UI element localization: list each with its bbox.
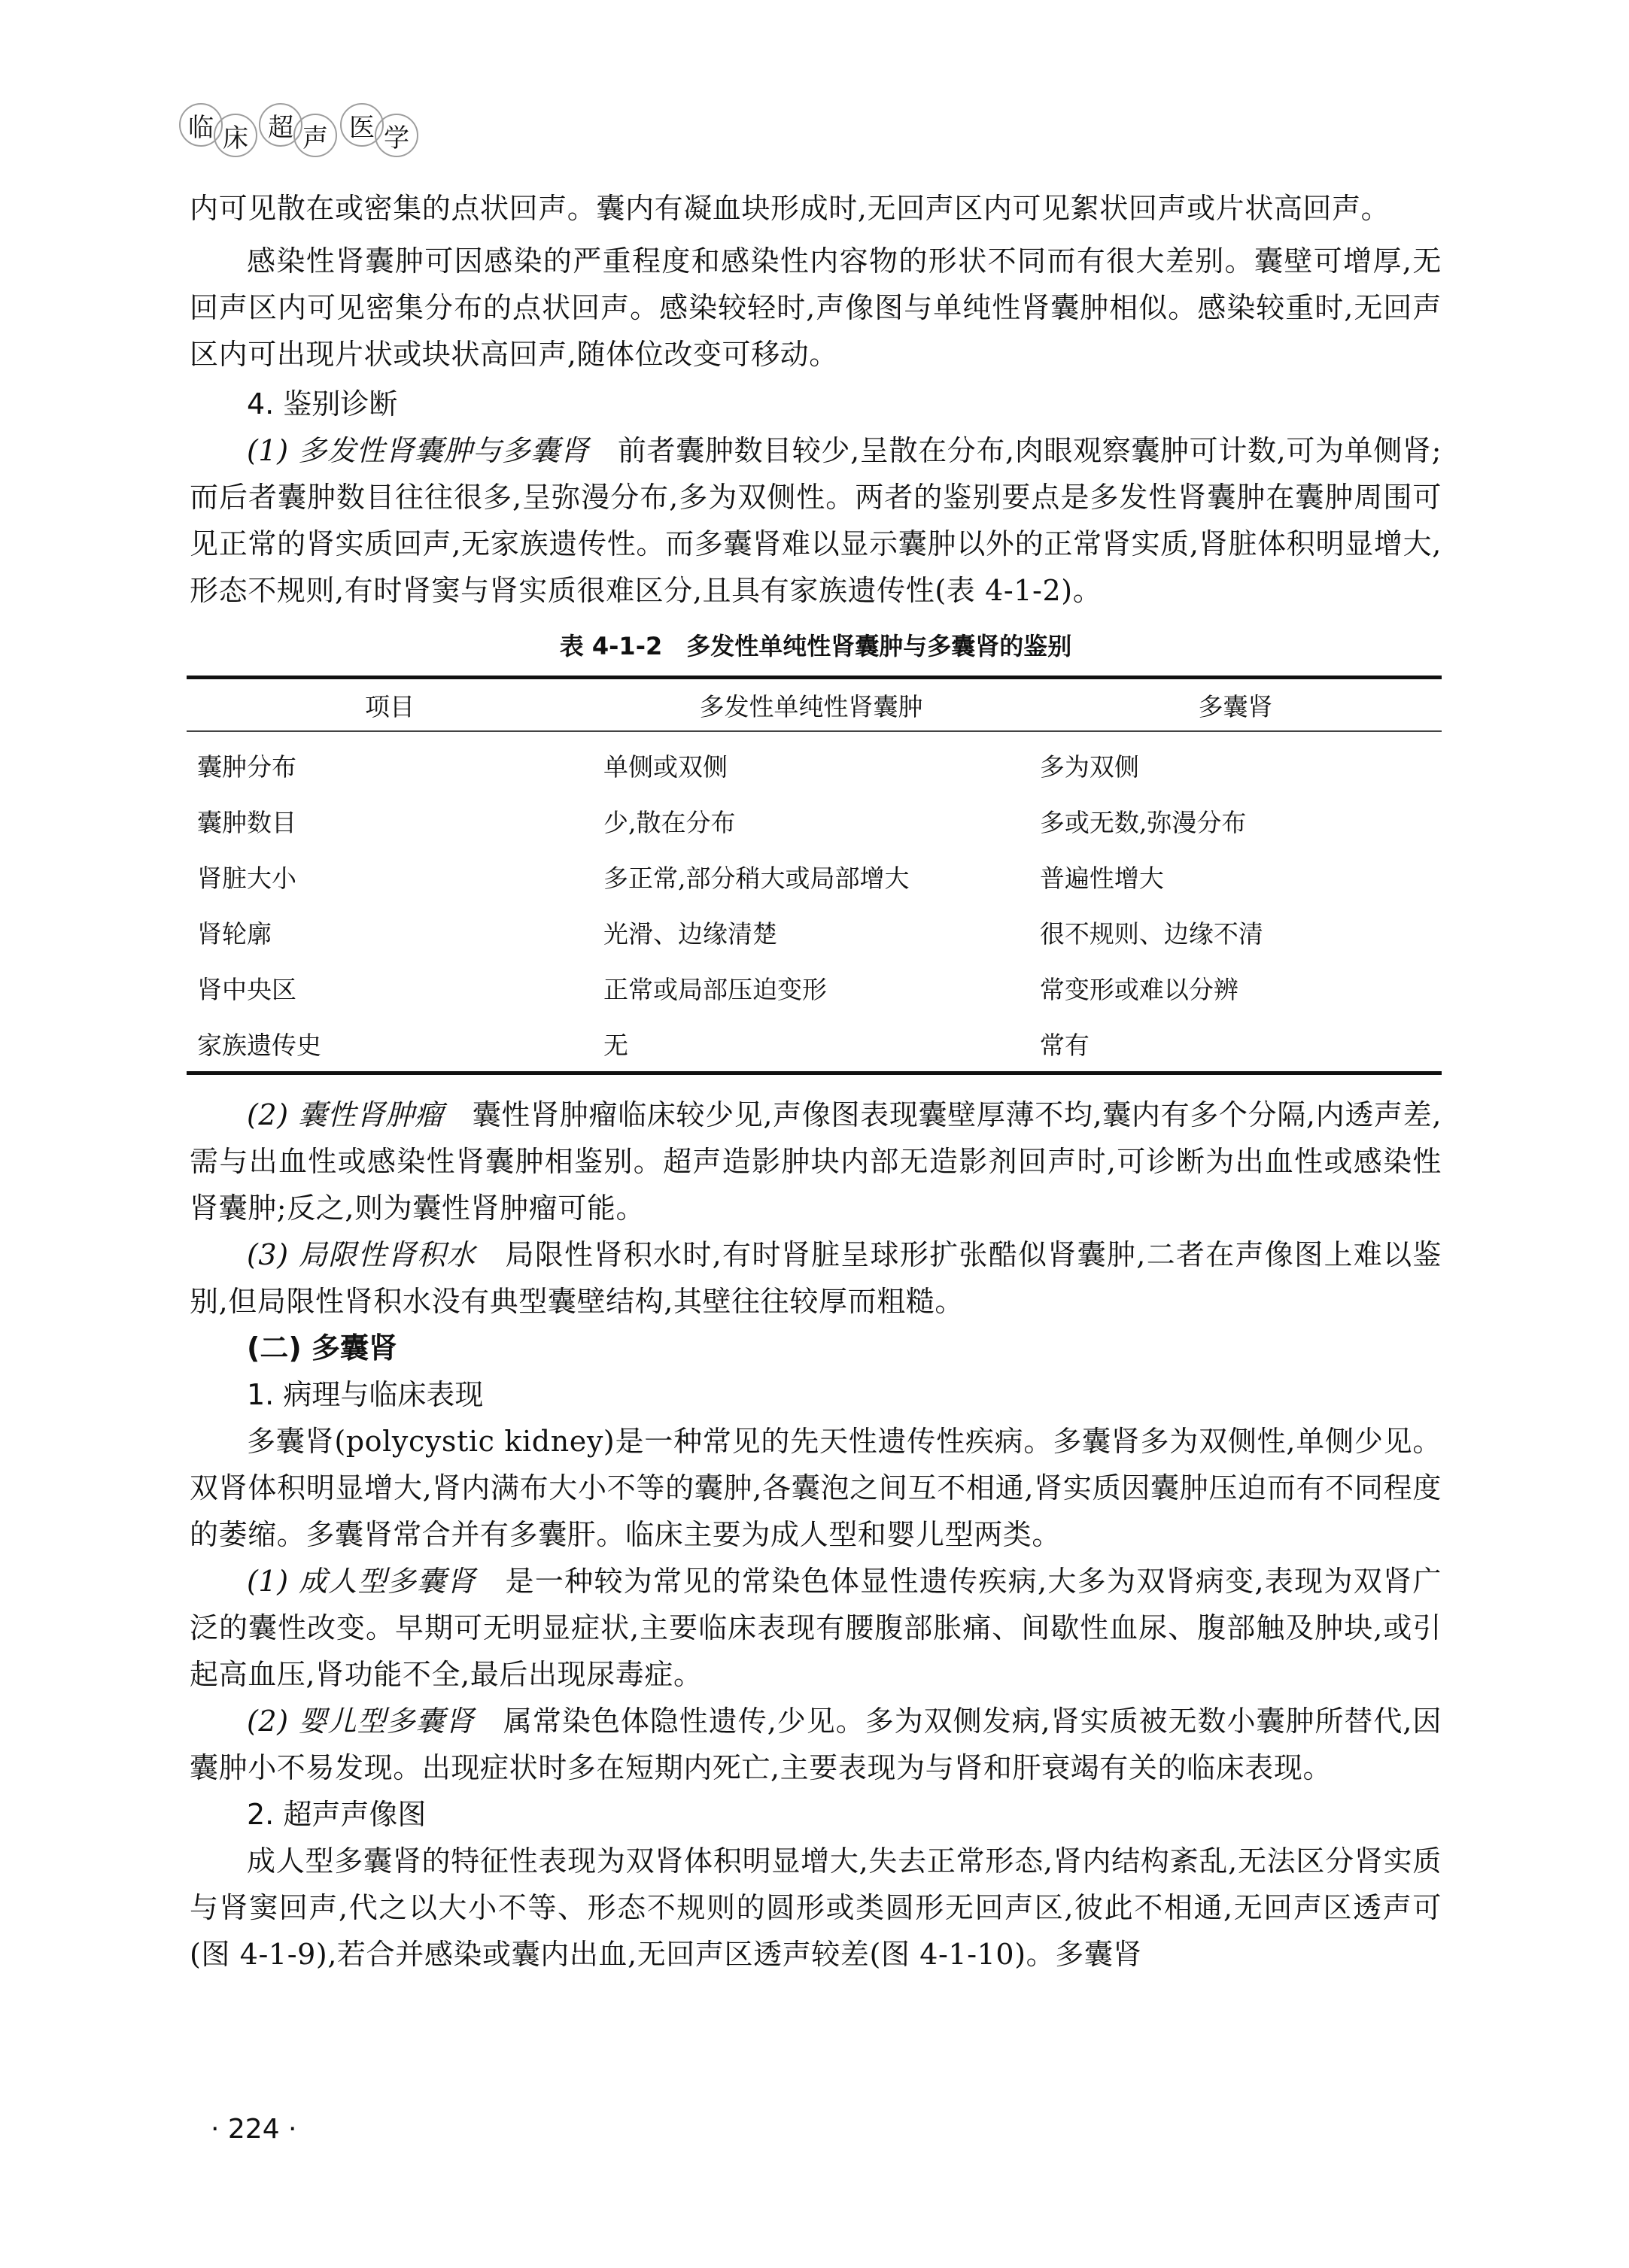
item-title: (2) 婴儿型多囊肾 [247, 1705, 475, 1738]
table-row: 肾轮廓 光滑、边缘清楚 很不规则、边缘不清 [187, 904, 1442, 960]
item-title: (2) 囊性肾肿瘤 [247, 1098, 444, 1131]
book-title-logo: 临 床 超 声 医 学 [179, 103, 480, 178]
table-header: 多发性单纯性肾囊肿 [593, 678, 1029, 732]
paragraph: 感染性肾囊肿可因感染的严重程度和感染性内容物的形状不同而有很大差别。囊壁可增厚,… [190, 238, 1442, 378]
item-title: (1) 多发性肾囊肿与多囊肾 [247, 434, 589, 467]
table-cell: 家族遗传史 [187, 1016, 593, 1073]
item-title: (1) 成人型多囊肾 [247, 1565, 476, 1598]
paragraph: 多囊肾(polycystic kidney)是一种常见的先天性遗传性疾病。多囊肾… [190, 1418, 1442, 1558]
table-cell: 囊肿数目 [187, 793, 593, 849]
table-header: 多囊肾 [1029, 678, 1442, 732]
table-cell: 肾中央区 [187, 960, 593, 1016]
subsection-heading: 1. 病理与临床表现 [190, 1371, 1442, 1418]
paragraph: (1) 多发性肾囊肿与多囊肾前者囊肿数目较少,呈散在分布,肉眼观察囊肿可计数,可… [190, 427, 1442, 614]
table-header-row: 项目 多发性单纯性肾囊肿 多囊肾 [187, 678, 1442, 732]
item-title: (3) 局限性肾积水 [247, 1238, 476, 1271]
table-cell: 常有 [1029, 1016, 1442, 1073]
table-row: 肾脏大小 多正常,部分稍大或局部增大 普遍性增大 [187, 849, 1442, 904]
table-cell: 正常或局部压迫变形 [593, 960, 1029, 1016]
table-cell: 肾脏大小 [187, 849, 593, 904]
table-cell: 多或无数,弥漫分布 [1029, 793, 1442, 849]
table-cell: 少,散在分布 [593, 793, 1029, 849]
paragraph: (3) 局限性肾积水局限性肾积水时,有时肾脏呈球形扩张酷似肾囊肿,二者在声像图上… [190, 1231, 1442, 1325]
paragraph: 内可见散在或密集的点状回声。囊内有凝血块形成时,无回声区内可见絮状回声或片状高回… [190, 185, 1442, 232]
section-heading: (二) 多囊肾 [190, 1325, 1442, 1371]
logo-char-circle: 声 [293, 114, 337, 157]
table-cell: 囊肿分布 [187, 731, 593, 793]
table-row: 家族遗传史 无 常有 [187, 1016, 1442, 1073]
table-cell: 常变形或难以分辨 [1029, 960, 1442, 1016]
table-row: 囊肿分布 单侧或双侧 多为双侧 [187, 731, 1442, 793]
paragraph: (2) 囊性肾肿瘤囊性肾肿瘤临床较少见,声像图表现囊壁厚薄不均,囊内有多个分隔,… [190, 1091, 1442, 1231]
table-cell: 单侧或双侧 [593, 731, 1029, 793]
table-cell: 多正常,部分稍大或局部增大 [593, 849, 1029, 904]
logo-char-circle: 学 [375, 114, 418, 157]
table-cell: 多为双侧 [1029, 731, 1442, 793]
table-cell: 很不规则、边缘不清 [1029, 904, 1442, 960]
table-cell: 肾轮廓 [187, 904, 593, 960]
page-number: · 224 · [211, 2114, 297, 2145]
table-cell: 无 [593, 1016, 1029, 1073]
subsection-heading: 4. 鉴别诊断 [190, 381, 1442, 427]
table-caption: 表 4-1-2 多发性单纯性肾囊肿与多囊肾的鉴别 [190, 627, 1442, 665]
subsection-heading: 2. 超声声像图 [190, 1791, 1442, 1838]
table-header: 项目 [187, 678, 593, 732]
paragraph: (2) 婴儿型多囊肾属常染色体隐性遗传,少见。多为双侧发病,肾实质被无数小囊肿所… [190, 1698, 1442, 1791]
table-row: 肾中央区 正常或局部压迫变形 常变形或难以分辨 [187, 960, 1442, 1016]
table-cell: 普遍性增大 [1029, 849, 1442, 904]
logo-char-circle: 床 [214, 114, 257, 157]
table-cell: 光滑、边缘清楚 [593, 904, 1029, 960]
page-body: 内可见散在或密集的点状回声。囊内有凝血块形成时,无回声区内可见絮状回声或片状高回… [190, 185, 1442, 1978]
comparison-table: 项目 多发性单纯性肾囊肿 多囊肾 囊肿分布 单侧或双侧 多为双侧 囊肿数目 少,… [187, 676, 1442, 1075]
table-row: 囊肿数目 少,散在分布 多或无数,弥漫分布 [187, 793, 1442, 849]
paragraph: (1) 成人型多囊肾是一种较为常见的常染色体显性遗传疾病,大多为双肾病变,表现为… [190, 1558, 1442, 1698]
paragraph: 成人型多囊肾的特征性表现为双肾体积明显增大,失去正常形态,肾内结构紊乱,无法区分… [190, 1838, 1442, 1978]
